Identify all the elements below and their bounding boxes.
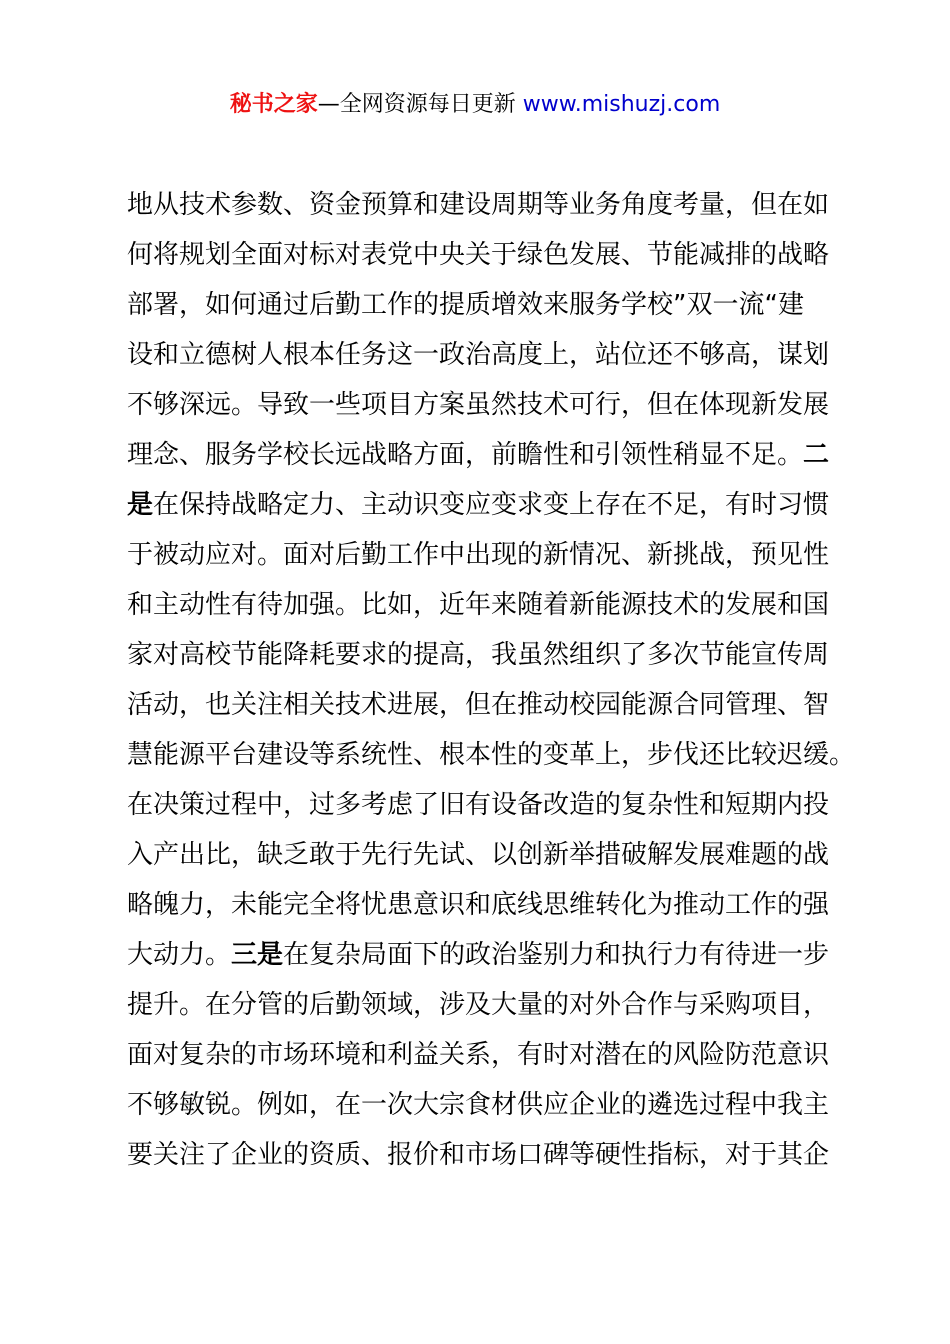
text-line: 何将规划全面对标对表党中央关于绿色发展、节能减排的战略: [127, 230, 837, 280]
line-bold-text: 二: [803, 440, 829, 470]
text-line: 理念、服务学校长远战略方面，前瞻性和引领性稍显不足。二: [127, 430, 837, 480]
line-text: 不够深远。导致一些项目方案虽然技术可行，但在体现新发展: [127, 390, 829, 420]
line-text: 设和立德树人根本任务这一政治高度上，站位还不够高，谋划: [127, 340, 829, 370]
text-line: 不够敏锐。例如，在一次大宗食材供应企业的遴选过程中我主: [127, 1080, 837, 1130]
text-line: 不够深远。导致一些项目方案虽然技术可行，但在体现新发展: [127, 380, 837, 430]
text-line: 大动力。三是在复杂局面下的政治鉴别力和执行力有待进一步: [127, 930, 837, 980]
line-text: 部署，如何通过后勤工作的提质增效来服务学校”双一流“建: [127, 290, 804, 320]
text-line: 入产出比，缺乏敢于先行先试、以创新举措破解发展难题的战: [127, 830, 837, 880]
line-text: 于被动应对。面对后勤工作中出现的新情况、新挑战，预见性: [127, 540, 829, 570]
line-text: 提升。在分管的后勤领域，涉及大量的对外合作与采购项目，: [127, 990, 829, 1020]
brand-name: 秘书之家: [230, 92, 318, 117]
text-line: 慧能源平台建设等系统性、根本性的变革上，步伐还比较迟缓。: [127, 730, 837, 780]
line-text: 在决策过程中，过多考虑了旧有设备改造的复杂性和短期内投: [127, 790, 829, 820]
text-line: 和主动性有待加强。比如，近年来随着新能源技术的发展和国: [127, 580, 837, 630]
line-text: 和主动性有待加强。比如，近年来随着新能源技术的发展和国: [127, 590, 829, 620]
line-text: 慧能源平台建设等系统性、根本性的变革上，步伐还比较迟缓。: [127, 740, 855, 770]
line-text: 何将规划全面对标对表党中央关于绿色发展、节能减排的战略: [127, 240, 829, 270]
text-line: 略魄力，未能完全将忧患意识和底线思维转化为推动工作的强: [127, 880, 837, 930]
line-text: 略魄力，未能完全将忧患意识和底线思维转化为推动工作的强: [127, 890, 829, 920]
header-tagline: —全网资源每日更新: [318, 92, 523, 117]
text-line: 是在保持战略定力、主动识变应变求变上存在不足，有时习惯: [127, 480, 837, 530]
line-text: 要关注了企业的资质、报价和市场口碑等硬性指标，对于其企: [127, 1140, 829, 1170]
text-line: 面对复杂的市场环境和利益关系，有时对潜在的风险防范意识: [127, 1030, 837, 1080]
text-line: 部署，如何通过后勤工作的提质增效来服务学校”双一流“建: [127, 280, 837, 330]
text-line: 于被动应对。面对后勤工作中出现的新情况、新挑战，预见性: [127, 530, 837, 580]
line-text: 不够敏锐。例如，在一次大宗食材供应企业的遴选过程中我主: [127, 1090, 829, 1120]
line-text: 入产出比，缺乏敢于先行先试、以创新举措破解发展难题的战: [127, 840, 829, 870]
line-text-after: 在保持战略定力、主动识变应变求变上存在不足，有时习惯: [153, 490, 829, 520]
line-bold-text: 三是: [231, 940, 283, 970]
line-text: 活动，也关注相关技术进展，但在推动校园能源合同管理、智: [127, 690, 829, 720]
line-text: 理念、服务学校长远战略方面，前瞻性和引领性稍显不足。: [127, 440, 803, 470]
line-text: 家对高校节能降耗要求的提高，我虽然组织了多次节能宣传周: [127, 640, 829, 670]
line-text: 大动力。: [127, 940, 231, 970]
text-line: 要关注了企业的资质、报价和市场口碑等硬性指标，对于其企: [127, 1130, 837, 1180]
line-text: 面对复杂的市场环境和利益关系，有时对潜在的风险防范意识: [127, 1040, 829, 1070]
text-line: 活动，也关注相关技术进展，但在推动校园能源合同管理、智: [127, 680, 837, 730]
text-line: 提升。在分管的后勤领域，涉及大量的对外合作与采购项目，: [127, 980, 837, 1030]
document-body: 地从技术参数、资金预算和建设周期等业务角度考量，但在如 何将规划全面对标对表党中…: [127, 180, 837, 1180]
page-header: 秘书之家—全网资源每日更新 www.mishuzj.com: [0, 88, 950, 122]
text-line: 在决策过程中，过多考虑了旧有设备改造的复杂性和短期内投: [127, 780, 837, 830]
line-text-after: 在复杂局面下的政治鉴别力和执行力有待进一步: [283, 940, 829, 970]
text-line: 设和立德树人根本任务这一政治高度上，站位还不够高，谋划: [127, 330, 837, 380]
line-text: 地从技术参数、资金预算和建设周期等业务角度考量，但在如: [127, 190, 829, 220]
text-line: 家对高校节能降耗要求的提高，我虽然组织了多次节能宣传周: [127, 630, 837, 680]
site-url-link[interactable]: www.mishuzj.com: [523, 92, 720, 117]
text-line: 地从技术参数、资金预算和建设周期等业务角度考量，但在如: [127, 180, 837, 230]
line-bold-text: 是: [127, 490, 153, 520]
